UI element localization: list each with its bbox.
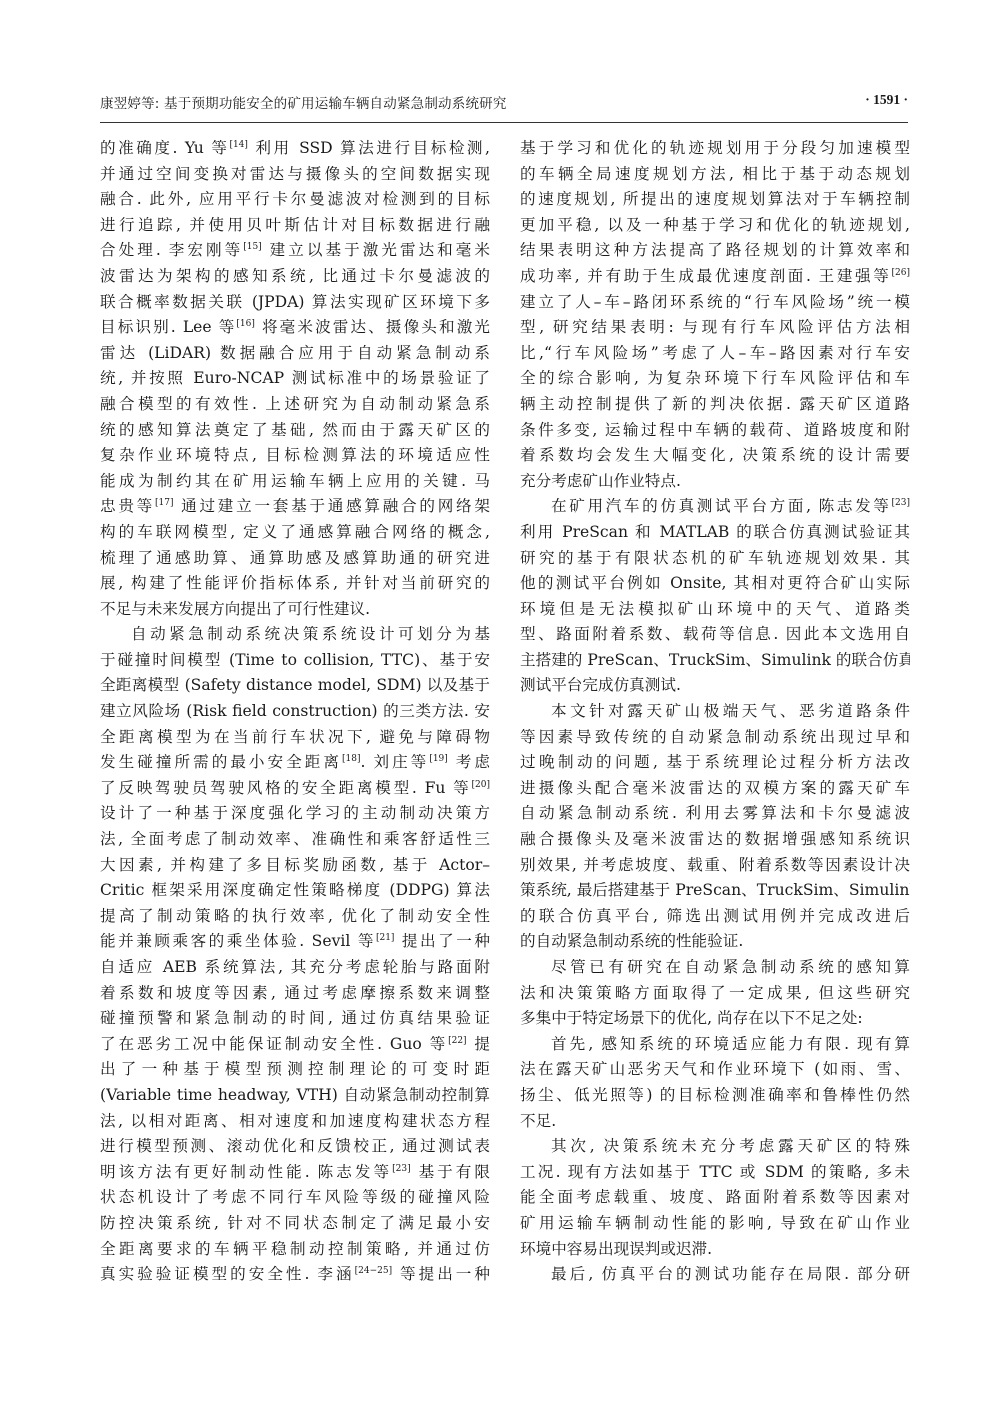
text-line: 尽管已有研究在自动紧急制动系统的感知算 [520,955,910,981]
text-line: 的速度规划, 所提出的速度规划算法对于车辆控制 [520,187,910,213]
text-line: 统的感知算法奠定了基础, 然而由于露天矿区的 [100,418,490,444]
text-line: 不足. [520,1109,910,1135]
text-line: 本文针对露天矿山极端天气、恶劣道路条件 [520,699,910,725]
text-line: 工况. 现有方法如基于 TTC 或 SDM 的策略, 多未 [520,1160,910,1186]
citation-ref: [15] [243,242,261,252]
text-line: 别效果, 并考虑坡度、载重、附着系数等因素设计决 [520,853,910,879]
text-line: 其次, 决策系统未充分考虑露天矿区的特殊 [520,1134,910,1160]
text-line: 联合概率数据关联 (JPDA) 算法实现矿区环境下多 [100,290,490,316]
citation-ref: [18] [342,754,360,764]
text-line: 最后, 仿真平台的测试功能存在局限. 部分研 [520,1262,910,1288]
text-line: 法在露天矿山恶劣天气和作业环境下 (如雨、雪、 [520,1057,910,1083]
left-column: 的准确度. Yu 等[14] 利用 SSD 算法进行目标检测,并通过空间变换对雷… [100,136,490,1288]
text-line: 梳理了通感助算、通算助感及感算助通的研究进 [100,546,490,572]
text-line: 着系数均会发生大幅变化, 决策系统的设计需要 [520,443,910,469]
citation-ref: [19] [429,754,447,764]
text-line: 策系统, 最后搭建基于 PreScan、TruckSim、Simulink [520,878,910,904]
text-line: 全的综合影响, 为复杂环境下行车风险评估和车 [520,366,910,392]
citation-ref: [22] [448,1036,466,1046]
text-line: 状态机设计了考虑不同行车风险等级的碰撞风险 [100,1185,490,1211]
text-line: 碰撞预警和紧急制动的时间, 通过仿真结果验证 [100,1006,490,1032]
citation-ref: [17] [155,498,173,508]
text-line: 融合摄像头及毫米波雷达的数据增强感知系统识 [520,827,910,853]
text-line: 并通过空间变换对雷达与摄像头的空间数据实现 [100,162,490,188]
text-line: 成功率, 并有助于生成最优速度剖面. 王建强等[26] [520,264,910,290]
right-column: 基于学习和优化的轨迹规划用于分段匀加速模型的车辆全局速度规划方法, 相比于基于动… [520,136,910,1288]
text-line: 环境中容易出现误判或迟滞. [520,1237,910,1263]
page-number: · 1591 · [865,92,908,108]
text-line: 比,“行车风险场”考虑了人–车–路因素对行车安 [520,341,910,367]
text-line: 法和决策策略方面取得了一定成果, 但这些研究 [520,981,910,1007]
text-line: 更加平稳, 以及一种基于学习和优化的轨迹规划, [520,213,910,239]
text-line: 雷达 (LiDAR) 数据融合应用于自动紧急制动系 [100,341,490,367]
text-line: 的自动紧急制动系统的性能验证. [520,929,910,955]
text-line: 辆主动控制提供了新的判决依据. 露天矿区道路 [520,392,910,418]
text-line: 进行追踪, 并使用贝叶斯估计对目标数据进行融 [100,213,490,239]
text-line: 矿用运输车辆制动性能的影响, 导致在矿山作业 [520,1211,910,1237]
text-line: 环境但是无法模拟矿山环境中的天气、道路类 [520,597,910,623]
text-line: 不足与未来发展方向提出了可行性建议. [100,597,490,623]
text-line: 的准确度. Yu 等[14] 利用 SSD 算法进行目标检测, [100,136,490,162]
text-line: 过晚制动的问题, 基于系统理论过程分析方法改 [520,750,910,776]
text-line: 充分考虑矿山作业特点. [520,469,910,495]
running-title: 康翌婷等: 基于预期功能安全的矿用运输车辆自动紧急制动系统研究 [100,92,507,112]
text-line: 的联合仿真平台, 筛选出测试用例并完成改进后 [520,904,910,930]
text-line: 条件多变, 运输过程中车辆的载荷、道路坡度和附 [520,418,910,444]
text-line: 进摄像头配合毫米波雷达的双模方案的露天矿车 [520,776,910,802]
citation-ref: [20] [472,780,490,790]
running-header: 康翌婷等: 基于预期功能安全的矿用运输车辆自动紧急制动系统研究 · 1591 · [100,92,908,114]
text-line: 明该方法有更好制动性能. 陈志发等[23] 基于有限 [100,1160,490,1186]
text-line: 首先, 感知系统的环境适应能力有限. 现有算 [520,1032,910,1058]
text-line: 自适应 AEB 系统算法, 其充分考虑轮胎与路面附 [100,955,490,981]
text-line: 提高了制动策略的执行效率, 优化了制动安全性 [100,904,490,930]
text-line: 测试平台完成仿真测试. [520,673,910,699]
citation-ref: [23] [392,1164,410,1174]
text-line: (Variable time headway, VTH) 自动紧急制动控制算 [100,1083,490,1109]
text-line: 出了一种基于模型预测控制理论的可变时距 [100,1057,490,1083]
text-line: 建立了人–车–路闭环系统的“行车风险场”统一模 [520,290,910,316]
citation-ref: [21] [376,933,394,943]
text-line: Critic 框架采用深度确定性策略梯度 (DDPG) 算法 [100,878,490,904]
text-line: 波雷达为架构的感知系统, 比通过卡尔曼滤波的 [100,264,490,290]
text-line: 了在恶劣工况中能保证制动安全性. Guo 等[22] 提 [100,1032,490,1058]
text-line: 建立风险场 (Risk field construction) 的三类方法. 安 [100,699,490,725]
text-line: 构的车联网模型, 定义了通感算融合网络的概念, [100,520,490,546]
text-line: 防控决策系统, 针对不同状态制定了满足最小安 [100,1211,490,1237]
text-line: 基于学习和优化的轨迹规划用于分段匀加速模型 [520,136,910,162]
text-line: 于碰撞时间模型 (Time to collision, TTC)、基于安 [100,648,490,674]
text-line: 全距离模型为在当前行车状况下, 避免与障碍物 [100,725,490,751]
text-line: 法, 以相对距离、相对速度和加速度构建状态方程 [100,1109,490,1135]
text-line: 能成为制约其在矿用运输车辆上应用的关键. 马 [100,469,490,495]
text-line: 展, 构建了性能评价指标体系, 并针对当前研究的 [100,571,490,597]
text-line: 法, 全面考虑了制动效率、准确性和乘客舒适性三 [100,827,490,853]
text-line: 融合. 此外, 应用平行卡尔曼滤波对检测到的目标 [100,187,490,213]
text-line: 能全面考虑载重、坡度、路面附着系数等因素对 [520,1185,910,1211]
header-rule [100,122,908,123]
text-line: 自动紧急制动系统决策系统设计可划分为基 [100,622,490,648]
citation-ref: [26] [892,268,910,278]
text-line: 进行模型预测、滚动优化和反馈校正, 通过测试表 [100,1134,490,1160]
text-line: 设计了一种基于深度强化学习的主动制动决策方 [100,801,490,827]
text-line: 多集中于特定场景下的优化, 尚存在以下不足之处: [520,1006,910,1032]
text-line: 融合模型的有效性. 上述研究为自动制动紧急系 [100,392,490,418]
citation-ref: [24−25] [355,1266,392,1276]
text-line: 全距离模型 (Safety distance model, SDM) 以及基于 [100,673,490,699]
text-line: 型、路面附着系数、载荷等信息. 因此本文选用自 [520,622,910,648]
citation-ref: [23] [892,498,910,508]
text-line: 合处理. 李宏刚等[15] 建立以基于激光雷达和毫米 [100,238,490,264]
text-line: 他的测试平台例如 Onsite, 其相对更符合矿山实际 [520,571,910,597]
text-line: 利用 PreScan 和 MATLAB 的联合仿真测试验证其 [520,520,910,546]
text-line: 在矿用汽车的仿真测试平台方面, 陈志发等[23] [520,494,910,520]
text-line: 真实验验证模型的安全性. 李涵[24−25] 等提出一种 [100,1262,490,1288]
text-line: 型, 研究结果表明: 与现有行车风险评估方法相 [520,315,910,341]
text-line: 自动紧急制动系统. 利用去雾算法和卡尔曼滤波 [520,801,910,827]
text-line: 复杂作业环境特点, 目标检测算法的环境适应性 [100,443,490,469]
text-line: 着系数和坡度等因素, 通过考虑摩擦系数来调整 [100,981,490,1007]
text-line: 了反映驾驶员驾驶风格的安全距离模型. Fu 等[20] [100,776,490,802]
text-line: 全距离要求的车辆平稳制动控制策略, 并通过仿 [100,1237,490,1263]
text-line: 忠贵等[17] 通过建立一套基于通感算融合的网络架 [100,494,490,520]
text-line: 结果表明这种方法提高了路径规划的计算效率和 [520,238,910,264]
text-line: 等因素导致传统的自动紧急制动系统出现过早和 [520,725,910,751]
text-line: 能并兼顾乘客的乘坐体验. Sevil 等[21] 提出了一种 [100,929,490,955]
text-line: 目标识别. Lee 等[16] 将毫米波雷达、摄像头和激光 [100,315,490,341]
citation-ref: [16] [236,319,254,329]
text-line: 统, 并按照 Euro-NCAP 测试标准中的场景验证了 [100,366,490,392]
text-line: 扬尘、低光照等) 的目标检测准确率和鲁棒性仍然 [520,1083,910,1109]
text-line: 的车辆全局速度规划方法, 相比于基于动态规划 [520,162,910,188]
citation-ref: [14] [229,140,247,150]
text-line: 大因素, 并构建了多目标奖励函数, 基于 Actor– [100,853,490,879]
text-line: 主搭建的 PreScan、TruckSim、Simulink 的联合仿真 [520,648,910,674]
text-line: 发生碰撞所需的最小安全距离[18]. 刘庄等[19] 考虑 [100,750,490,776]
text-line: 研究的基于有限状态机的矿车轨迹规划效果. 其 [520,546,910,572]
